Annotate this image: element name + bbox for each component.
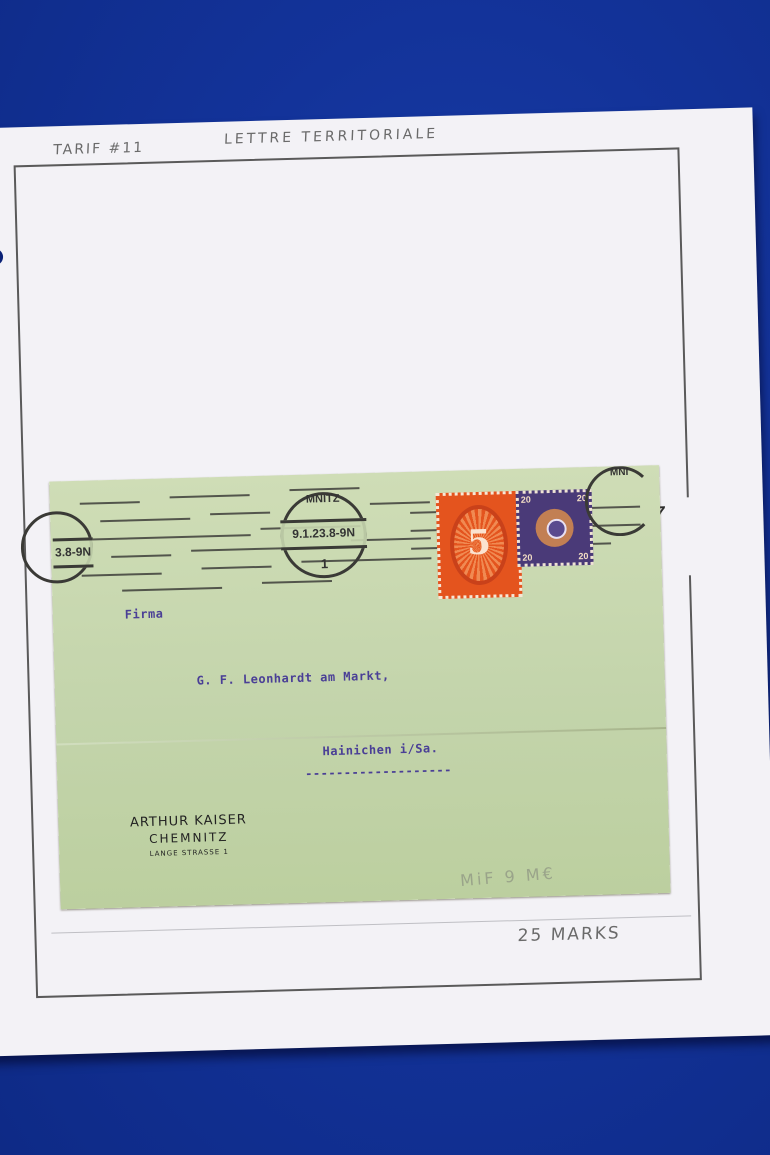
postmark-date: 9.1.23.8-9N (280, 518, 367, 550)
sender-street: LANGE STRASSE 1 (109, 847, 269, 859)
postmark-left: 3.8-9N (20, 510, 94, 584)
address-line-2: G. F. Leonhardt am Markt, (196, 668, 389, 687)
category-label: LETTRE TERRITORIALE (224, 126, 439, 148)
stamp-20-mark: 20 20 20 20 (516, 489, 594, 567)
postmark-right: MNI (584, 465, 656, 537)
album-page: TARIF #11 LETTRE TERRITORIALE 197 9.1.23… (0, 107, 770, 1056)
postal-cover: 3.8-9N MNITZ 9.1.23.8-9N 1 5 20 20 20 20… (49, 465, 670, 909)
sender-imprint: ARTHUR KAISER CHEMNITZ LANGE STRASSE 1 (108, 812, 269, 859)
address-line-3: Hainichen i/Sa. (322, 741, 438, 758)
tariff-label: TARIF #11 (53, 140, 145, 158)
address-underline: ------------------- (305, 763, 452, 781)
pencil-note: MiF 9 M€ (459, 864, 556, 891)
stamp-5-mark: 5 (436, 491, 523, 599)
postmark: MNITZ 9.1.23.8-9N 1 (280, 491, 368, 579)
sender-name: ARTHUR KAISER (108, 812, 268, 831)
postmark-office: 1 (284, 555, 364, 572)
address-line-1: Firma (125, 607, 164, 622)
sender-city: CHEMNITZ (109, 829, 269, 847)
rate-note: 25 MARKS (517, 923, 621, 946)
punch-hole (0, 248, 3, 267)
